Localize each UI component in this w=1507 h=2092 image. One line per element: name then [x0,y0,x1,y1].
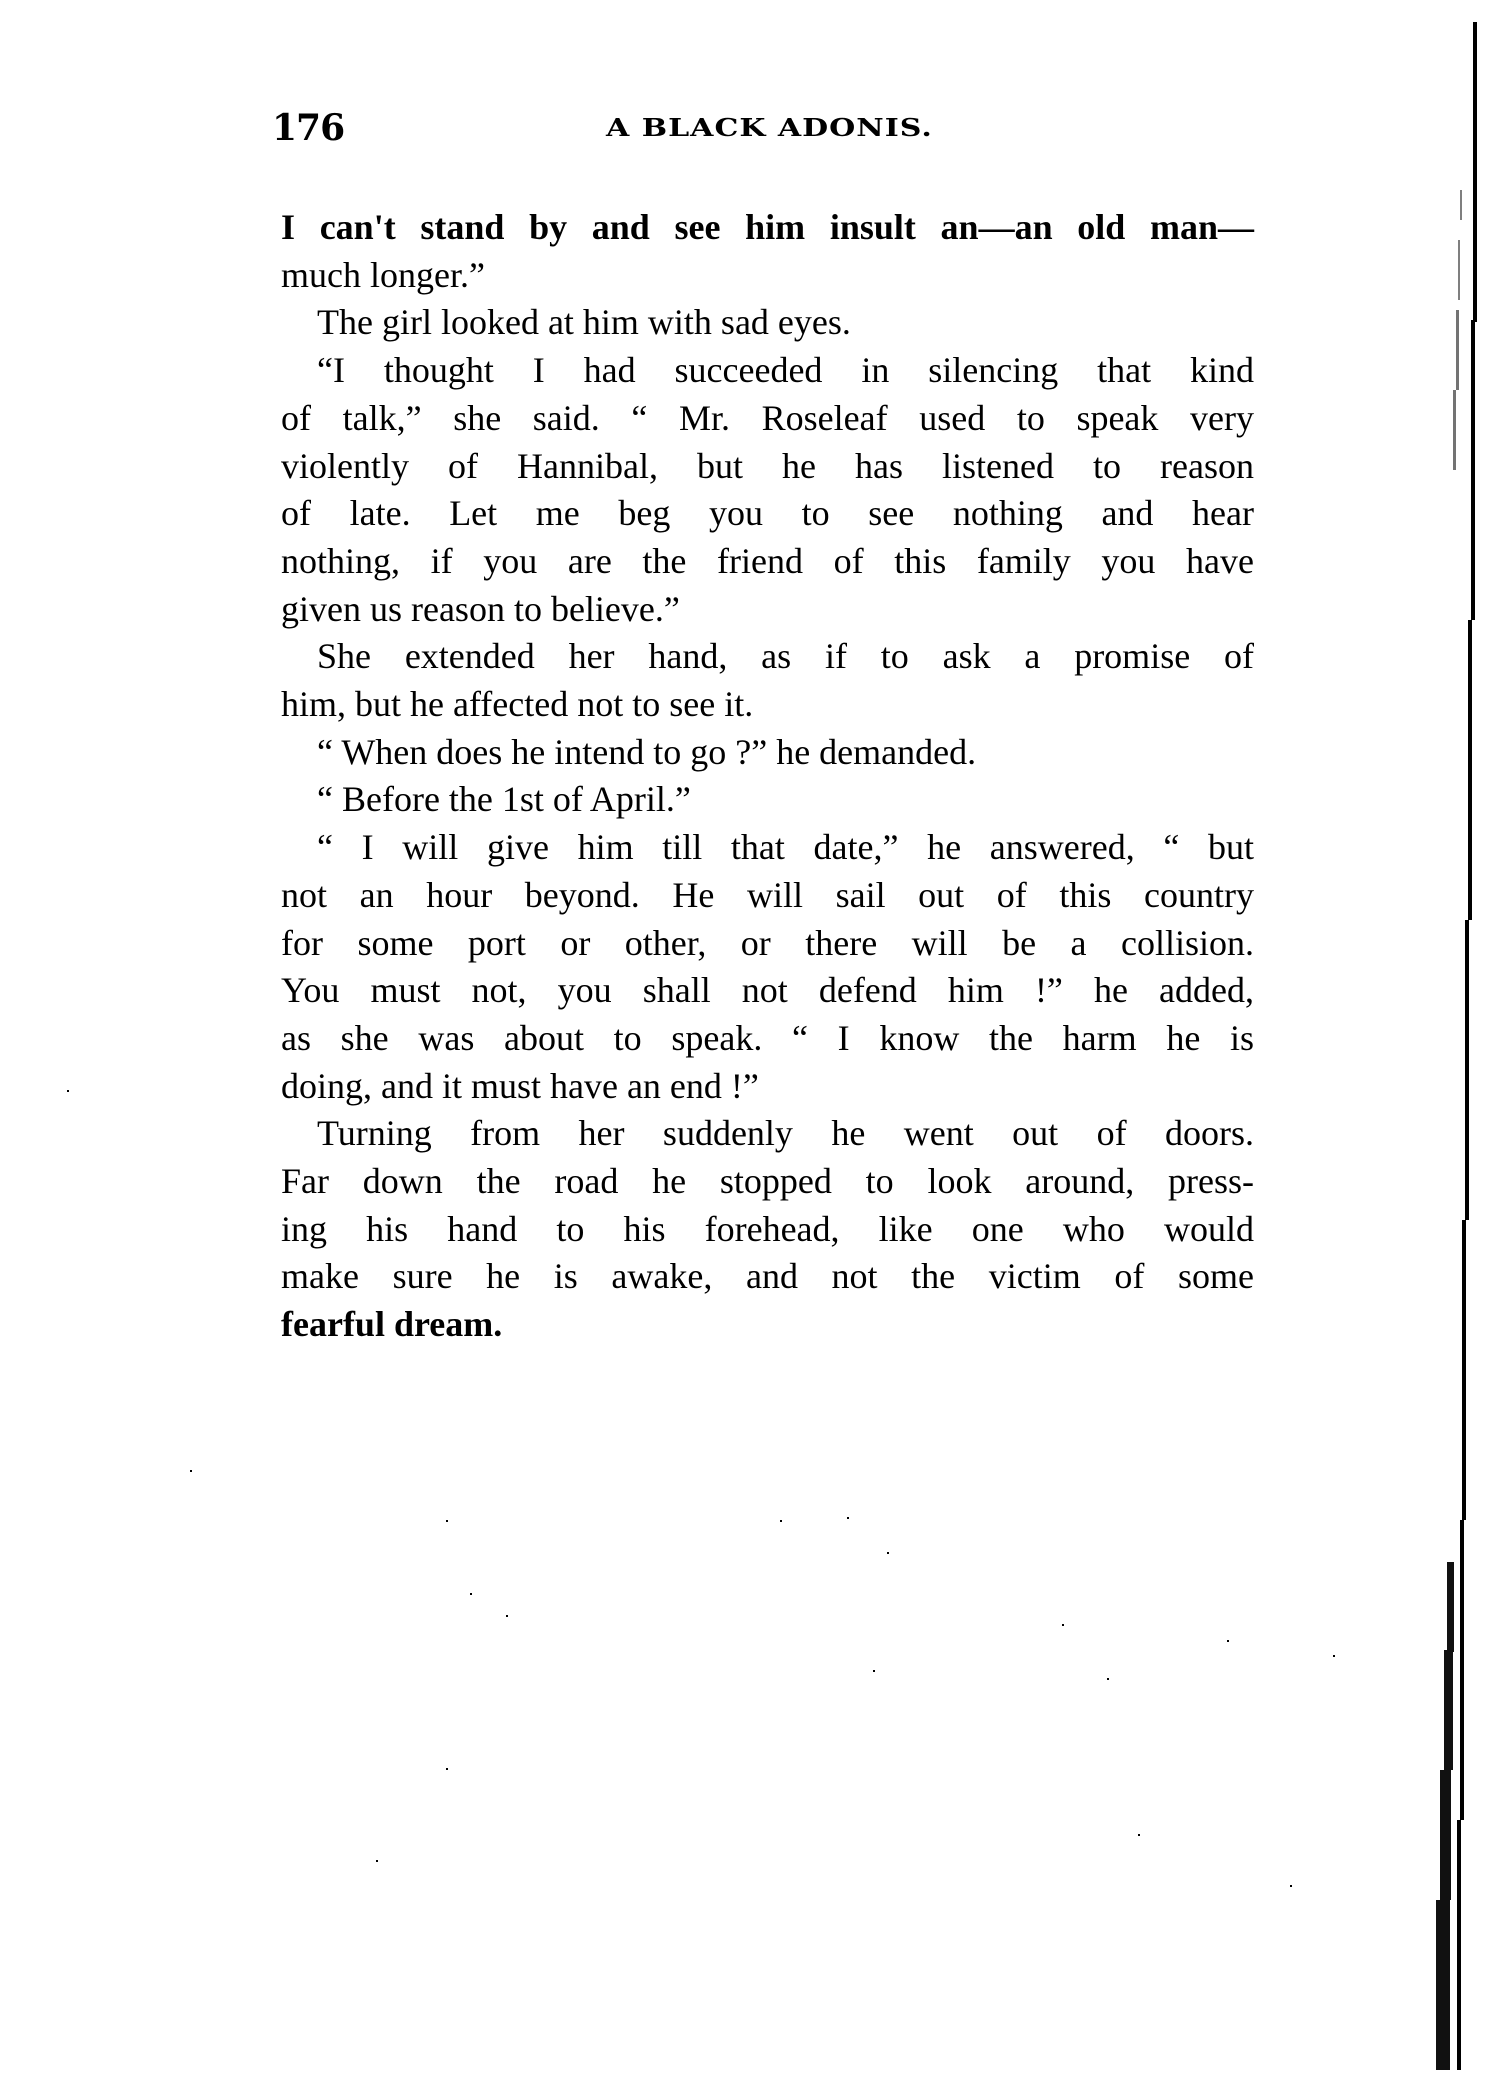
text-line: make sure he is awake, and not the victi… [281,1252,1254,1300]
text-line: for some port or other, or there will be… [281,919,1254,967]
text-line: fearful dream. [281,1300,1254,1348]
text-line: violently of Hannibal, but he has listen… [281,442,1254,490]
text-line: him, but he affected not to see it. [281,680,1254,728]
text-line: much longer.” [281,251,1254,299]
text-line: You must not, you shall not defend him !… [281,966,1254,1014]
text-line: She extended her hand, as if to ask a pr… [281,632,1254,680]
text-line: of late. Let me beg you to see nothing a… [281,489,1254,537]
text-line: of talk,” she said. “ Mr. Roseleaf used … [281,394,1254,442]
text-line: Turning from her suddenly he went out of… [281,1109,1254,1157]
text-line: “ Before the 1st of April.” [281,775,1254,823]
running-title: A BLACK ADONIS. [606,114,933,144]
page-number: 176 [272,108,344,148]
text-line: not an hour beyond. He will sail out of … [281,871,1254,919]
text-line: “ I will give him till that date,” he an… [281,823,1254,871]
text-line: doing, and it must have an end !” [281,1062,1254,1110]
text-line: as she was about to speak. “ I know the … [281,1014,1254,1062]
text-line: I can't stand by and see him insult an—a… [281,203,1254,251]
text-line: “ When does he intend to go ?” he demand… [281,728,1254,776]
text-line: “I thought I had succeeded in silencing … [281,346,1254,394]
text-line: The girl looked at him with sad eyes. [281,298,1254,346]
text-line: Far down the road he stopped to look aro… [281,1157,1254,1205]
book-page: 176 A BLACK ADONIS. I can't stand by and… [0,0,1507,2092]
text-line: given us reason to believe.” [281,585,1254,633]
text-line: nothing, if you are the friend of this f… [281,537,1254,585]
text-line: ing his hand to his forehead, like one w… [281,1205,1254,1253]
